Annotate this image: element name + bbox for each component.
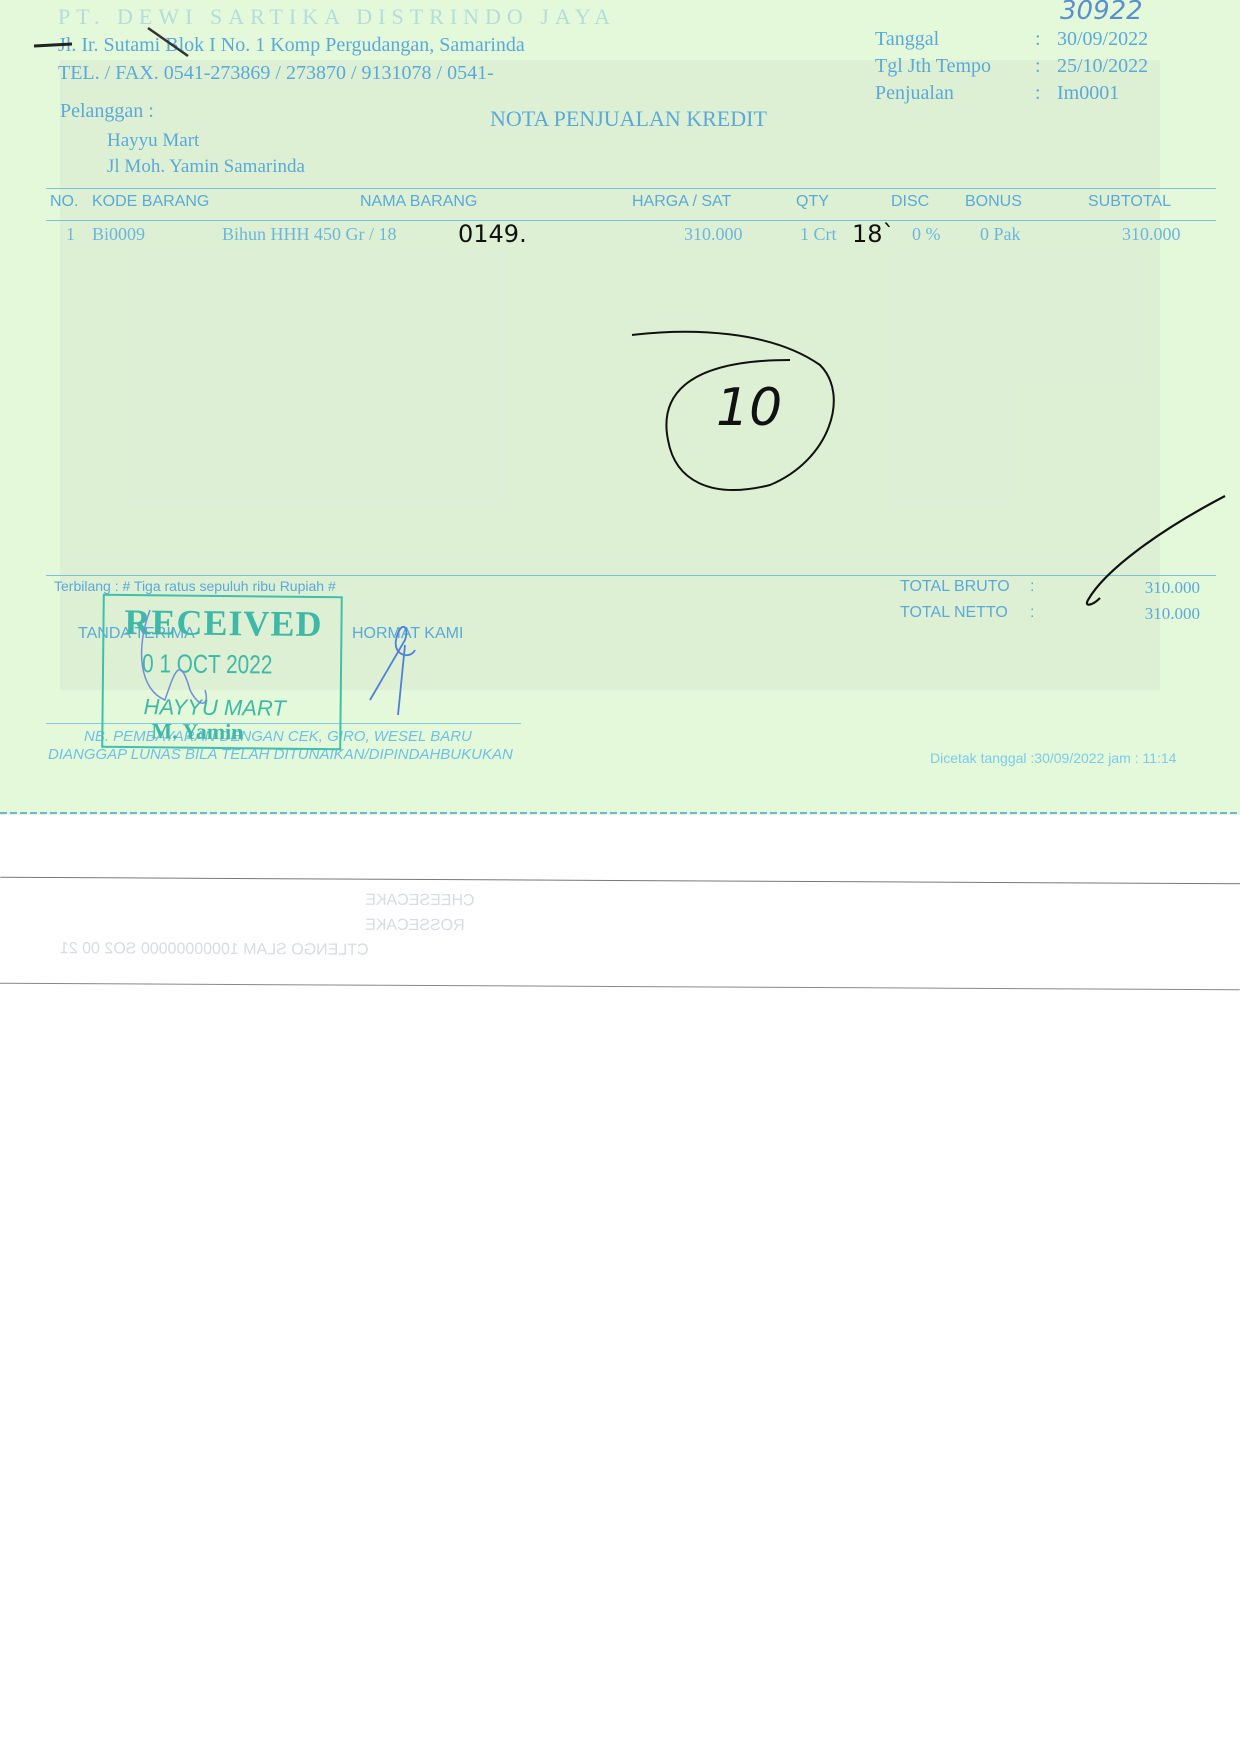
invoice-sheet: PT. DEWI SARTIKA DISTRINDO JAYA Jl. Ir. … [0,0,1240,815]
ghost-text-line3: CTLENGO SLAM 10000000000 SO2 00 21 [60,940,369,960]
receiver-signature-icon [142,610,207,703]
strike-marks [34,28,188,56]
handwriting-layer [0,0,1240,815]
handwritten-code-note: 0149. [458,220,527,248]
ghost-text-line1: CHEESECAKE [365,892,474,911]
sender-signature-icon [370,627,415,715]
check-mark-icon [1087,496,1225,605]
handwritten-qty-note: 18` [852,220,895,248]
circled-number: 10 [716,378,782,438]
ghost-text-line2: ROSSECAKE [365,917,465,936]
torn-paper-strip: CHEESECAKE ROSSECAKE CTLENGO SLAM 100000… [0,877,1240,990]
handwritten-reference: 30922 [1060,0,1143,26]
